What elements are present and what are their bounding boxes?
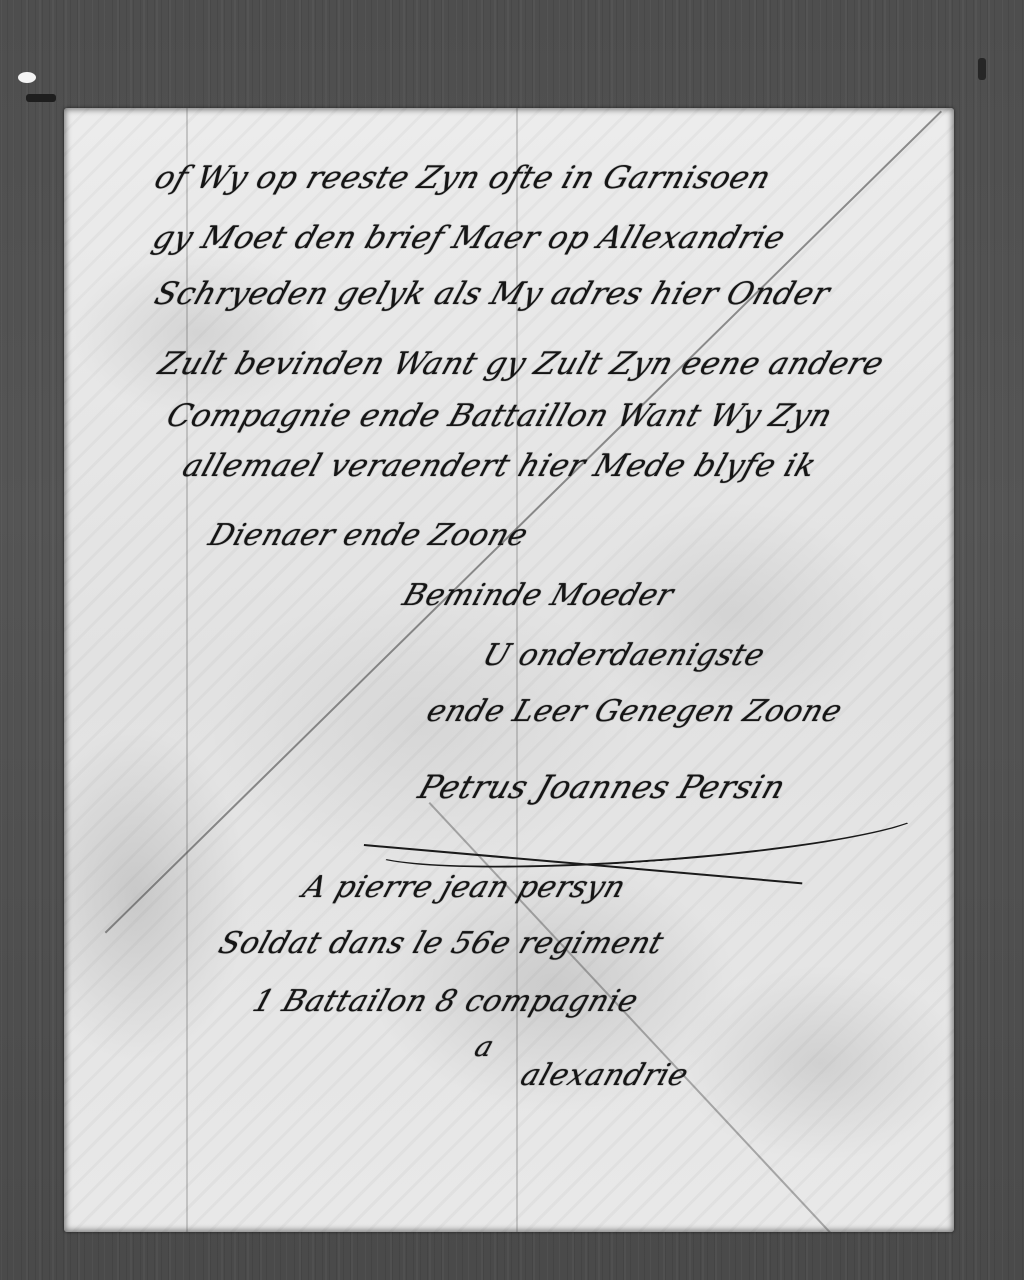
letter-page: of Wy op reeste Zyn ofte in Garnisoen gy… [64, 108, 954, 1232]
address-line: 1 Battailon 8 compagnie [248, 984, 642, 1019]
letter-body-line: Zult bevinden Want gy Zult Zyn eene ande… [154, 346, 888, 382]
address-line: Soldat dans le 56e regiment [214, 926, 668, 961]
closing-line: ende Leer Genegen Zoone [422, 694, 846, 729]
address-line: a [471, 1030, 499, 1063]
letter-body-line: gy Moet den brief Maer op Allexandrie [148, 220, 790, 256]
background-mark [26, 94, 56, 102]
address-line: A pierre jean persyn [298, 870, 630, 905]
closing-line: Dienaer ende Zoone [204, 518, 532, 553]
salutation: Beminde Moeder [398, 578, 678, 613]
closing-line: U onderdaenigste [478, 638, 769, 673]
letter-body-line: Compagnie ende Battaillon Want Wy Zyn [162, 398, 837, 434]
address-line: alexandrie [516, 1058, 693, 1093]
letter-body-line: allemael veraendert hier Mede blyfe ik [178, 448, 821, 484]
letter-body-line: of Wy op reeste Zyn ofte in Garnisoen [150, 160, 775, 196]
background-mark [978, 58, 986, 80]
letter-body-line: Schryeden gelyk als My adres hier Onder [150, 276, 835, 312]
background-speck [18, 72, 36, 83]
